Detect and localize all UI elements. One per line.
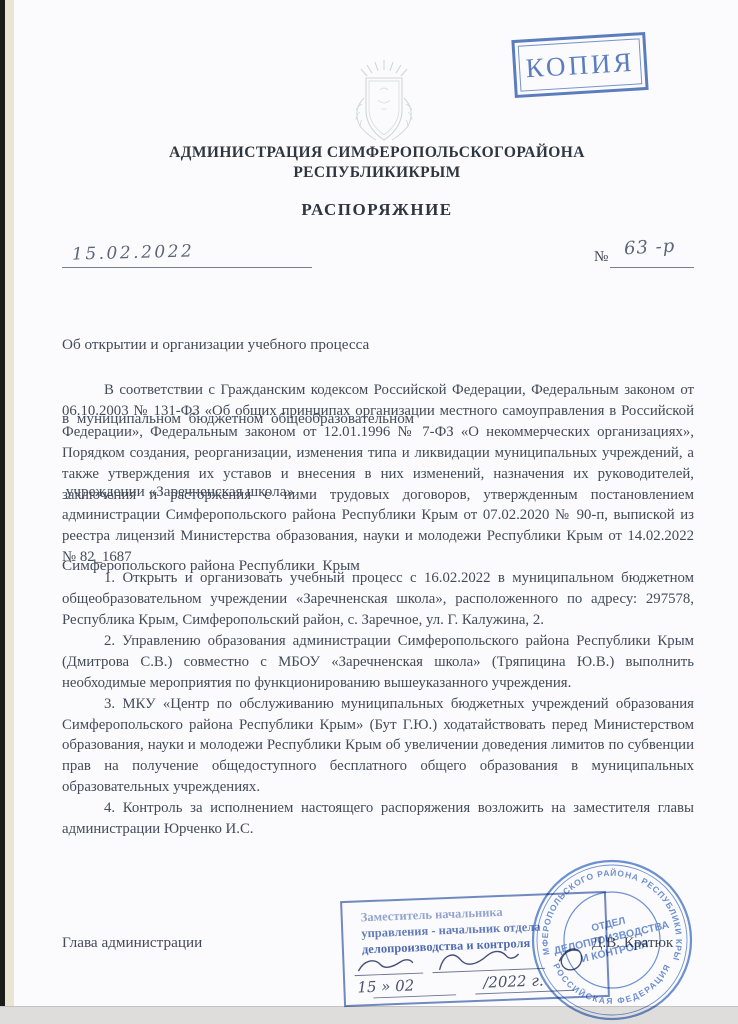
date-underline xyxy=(62,267,312,268)
number-underline xyxy=(610,267,694,268)
org-line2: РЕСПУБЛИКИКРЫМ xyxy=(60,163,694,183)
rect-stamp-handwritten-year: /2022 г. xyxy=(483,971,544,991)
signer-position: Глава администрации xyxy=(62,934,202,952)
signature-scribble-2 xyxy=(439,951,519,970)
copy-stamp-inner-border xyxy=(518,38,643,91)
paragraph-item1: 1. Открыть и организовать учебный процес… xyxy=(62,568,694,631)
rect-approval-stamp: Заместитель начальника управления - нача… xyxy=(340,891,610,1007)
number-label: № xyxy=(594,249,608,266)
coat-of-arms-icon xyxy=(340,58,428,152)
org-line1: АДМИНИСТРАЦИЯ СИМФЕРОПОЛЬСКОГОРАЙОНА xyxy=(60,143,694,163)
signature-scribble-3 xyxy=(559,949,582,971)
paragraph-item2: 2. Управлению образования администрации … xyxy=(62,631,694,694)
handwritten-number: 63 -р xyxy=(623,236,675,260)
paragraph-item3: 3. МКУ «Центр по обслуживанию муниципаль… xyxy=(62,694,694,799)
document-body: В соответствии с Гражданским кодексом Ро… xyxy=(62,380,694,840)
copy-stamp: КОПИЯ xyxy=(511,32,648,98)
document-type-title: РАСПОРЯЖНИЕ xyxy=(60,200,694,220)
paragraph-intro: В соответствии с Гражданским кодексом Ро… xyxy=(62,380,694,568)
scanned-document-page: КОПИЯ АДМИНИСТРАЦИЯ СИМФЕРОПОЛЬСКОГОРАЙ xyxy=(0,0,738,1024)
subject-line1: Об открытии и организации учебного проце… xyxy=(62,333,482,358)
rect-stamp-handwritten-day-month: 15 » 02 xyxy=(357,976,415,996)
scan-edge-left-cream xyxy=(5,0,14,1024)
handwritten-date: 15.02.2022 xyxy=(72,241,195,264)
paragraph-item4: 4. Контроль за исполнением настоящего ра… xyxy=(62,798,694,840)
organization-title: АДМИНИСТРАЦИЯ СИМФЕРОПОЛЬСКОГОРАЙОНА РЕС… xyxy=(60,143,694,183)
signature-scribble-1 xyxy=(358,959,412,970)
